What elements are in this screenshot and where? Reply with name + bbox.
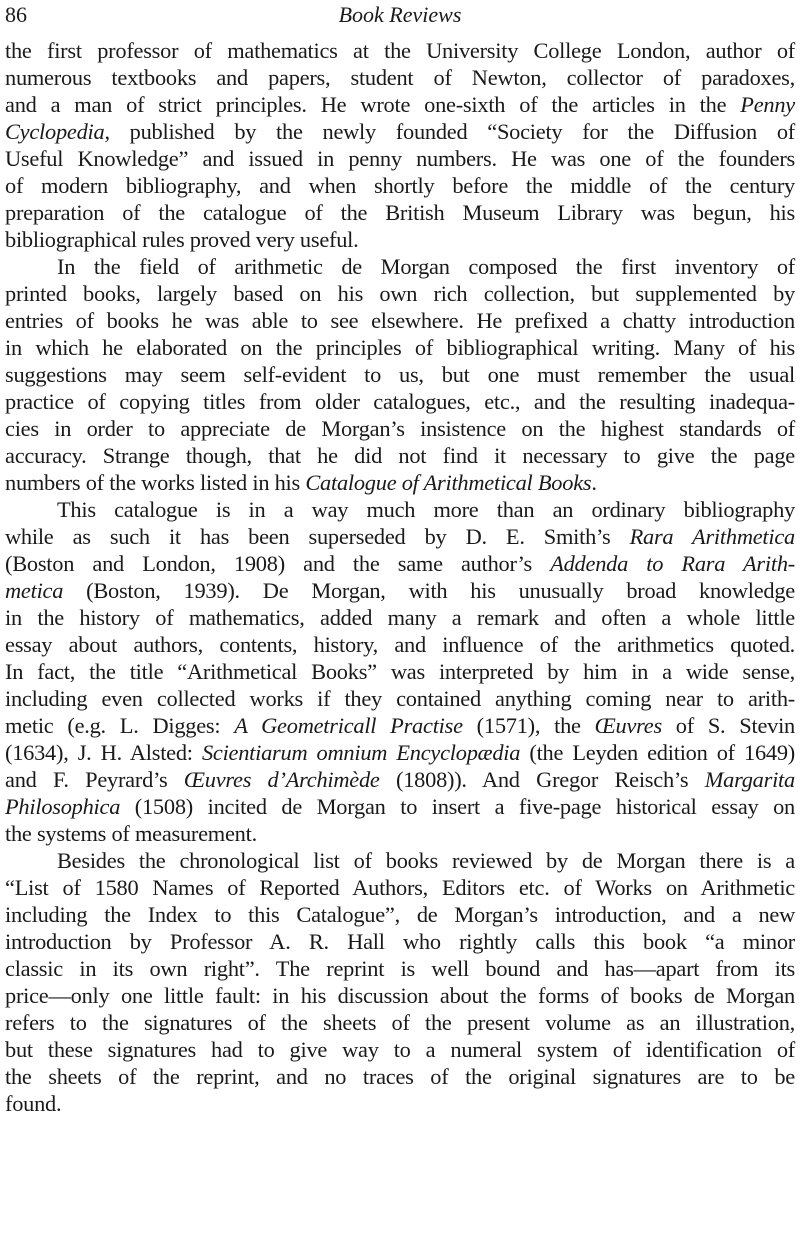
- text-line: Cyclopedia, published by the newly found…: [5, 118, 795, 146]
- text-line: practice of copying titles from older ca…: [5, 388, 795, 416]
- italic-title: Penny: [740, 92, 795, 117]
- text-segment: metic (e.g. L. Digges:: [5, 713, 234, 738]
- italic-title: Cyclopedia: [5, 119, 104, 144]
- text-segment: and F. Peyrard’s: [5, 767, 184, 792]
- text-segment: (1571), the: [463, 713, 595, 738]
- text-line: printed books, largely based on his own …: [5, 280, 795, 308]
- running-head: 86 Book Reviews: [0, 0, 800, 36]
- italic-title: Scientiarum omnium Encyclopædia: [202, 740, 520, 765]
- page-content: 86 Book Reviews the first professor of m…: [0, 0, 800, 1260]
- text-line: essay about authors, contents, history, …: [5, 631, 795, 659]
- text-line: while as such it has been superseded by …: [5, 523, 795, 551]
- text-line: Philosophica (1508) incited de Morgan to…: [5, 793, 795, 821]
- text-line: In the field of arithmetic de Morgan com…: [5, 253, 795, 281]
- text-segment: numbers of the works listed in his: [5, 470, 305, 495]
- italic-title: Margarita: [705, 767, 795, 792]
- text-line: including even collected works if they c…: [5, 685, 795, 713]
- text-line: In fact, the title “Arithmetical Books” …: [5, 658, 795, 686]
- text-line: bibliographical rules proved very useful…: [5, 226, 795, 254]
- section-title: Book Reviews: [0, 2, 800, 28]
- text-line: cies in order to appreciate de Morgan’s …: [5, 415, 795, 443]
- italic-title: Œuvres d’Archimède: [184, 767, 380, 792]
- text-segment: of S. Stevin: [662, 713, 795, 738]
- italic-title: Catalogue of Arithmetical Books: [305, 470, 591, 495]
- text-segment: (1508) incited de Morgan to insert a fiv…: [120, 794, 795, 819]
- italic-title: metica: [5, 578, 63, 603]
- text-segment: (1808)). And Gregor Reisch’s: [380, 767, 705, 792]
- text-segment: (the Leyden edition of 1649): [520, 740, 795, 765]
- text-line: and F. Peyrard’s Œuvres d’Archimède (180…: [5, 766, 795, 794]
- text-line: numerous textbooks and papers, student o…: [5, 64, 795, 92]
- text-line: This catalogue is in a way much more tha…: [5, 496, 795, 524]
- text-line: metic (e.g. L. Digges: A Geometricall Pr…: [5, 712, 795, 740]
- text-segment: (Boston and London, 1908) and the same a…: [5, 551, 550, 576]
- text-line: accuracy. Strange though, that he did no…: [5, 442, 795, 470]
- italic-title: Addenda to Rara Arith-: [550, 551, 795, 576]
- text-line: the first professor of mathematics at th…: [5, 37, 795, 65]
- text-line: (Boston and London, 1908) and the same a…: [5, 550, 795, 578]
- text-line: the systems of measurement.: [5, 820, 795, 848]
- text-line: suggestions may seem self-evident to us,…: [5, 361, 795, 389]
- text-line: (1634), J. H. Alsted: Scientiarum omnium…: [5, 739, 795, 767]
- text-segment: , published by the newly founded “Societ…: [104, 119, 795, 144]
- italic-title: Philosophica: [5, 794, 120, 819]
- text-line: metica (Boston, 1939). De Morgan, with h…: [5, 577, 795, 605]
- text-line: Useful Knowledge” and issued in penny nu…: [5, 145, 795, 173]
- text-line: preparation of the catalogue of the Brit…: [5, 199, 795, 227]
- text-segment: (Boston, 1939). De Morgan, with his unus…: [63, 578, 795, 603]
- text-line: in the history of mathematics, added man…: [5, 604, 795, 632]
- text-line: in which he elaborated on the principles…: [5, 334, 795, 362]
- text-segment: (1634), J. H. Alsted:: [5, 740, 202, 765]
- text-segment: .: [591, 470, 596, 495]
- italic-title: Rara Arithmetica: [630, 524, 795, 549]
- text-line: entries of books he was able to see else…: [5, 307, 795, 335]
- italic-title: A Geometricall Practise: [234, 713, 463, 738]
- text-line: of modern bibliography, and when shortly…: [5, 172, 795, 200]
- italic-title: Œuvres: [595, 713, 662, 738]
- text-line: numbers of the works listed in his Catal…: [5, 469, 795, 497]
- text-line: and a man of strict principles. He wrote…: [5, 91, 795, 119]
- text-segment: while as such it has been superseded by …: [5, 524, 630, 549]
- text-segment: and a man of strict principles. He wrote…: [5, 92, 740, 117]
